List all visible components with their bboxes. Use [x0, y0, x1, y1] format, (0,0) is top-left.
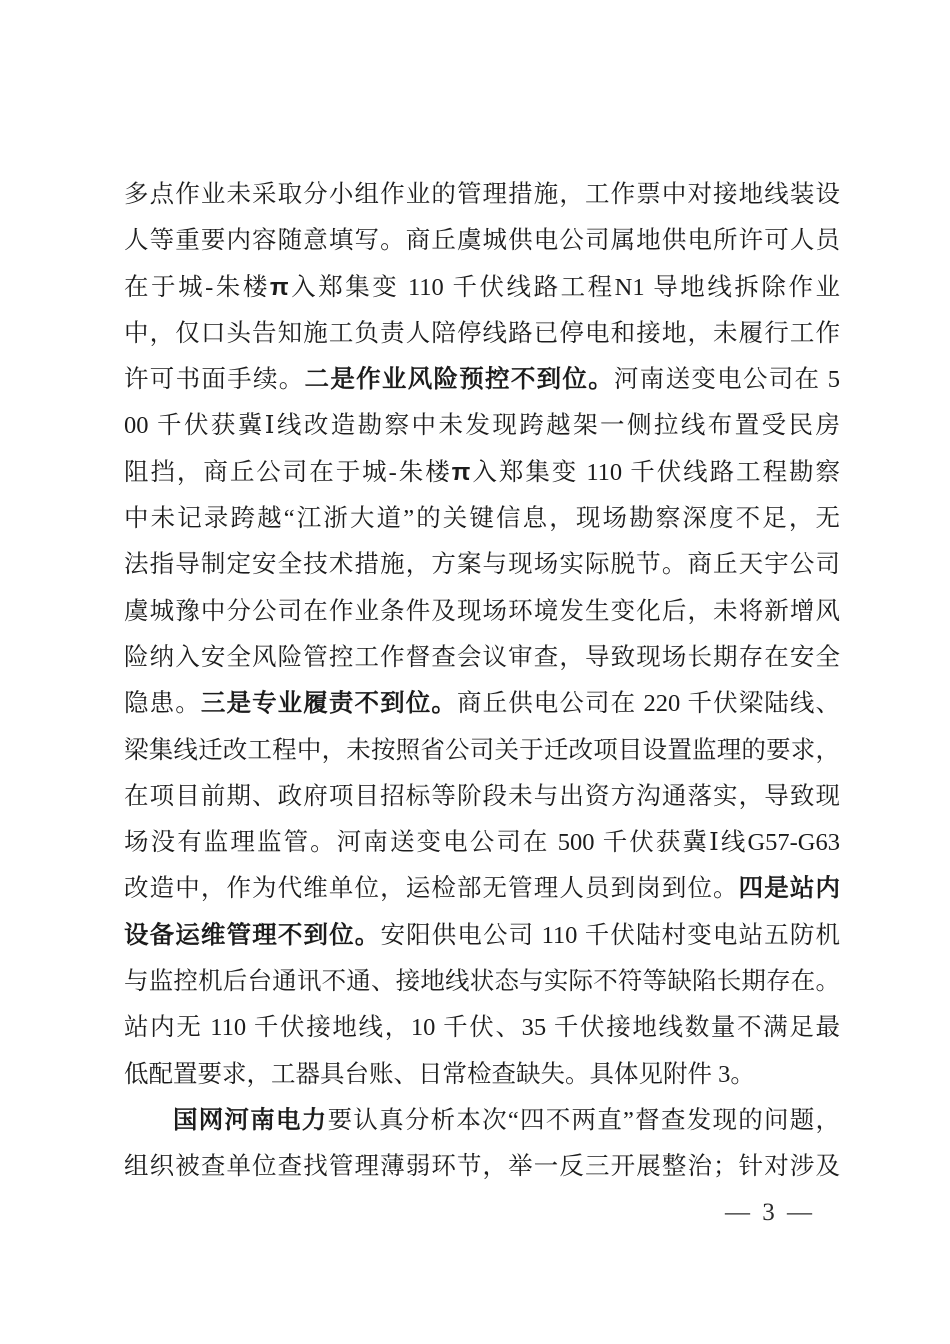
text-line: 中未记录跨越“江浙大道”的关键信息，现场勘察深度不足，无: [124, 496, 840, 542]
text-line: 虞城豫中分公司在作业条件及现场环境发生变化后，未将新增风: [124, 589, 840, 635]
emphasis-text: 三是专业履责不到位。: [201, 690, 457, 717]
body-text: 入郑集变 110 千伏线路工程N1 导地线拆除作业: [289, 274, 840, 301]
body-text: 组织被查单位查找管理薄弱环节，举一反三开展整治；针对涉及: [124, 1153, 840, 1180]
body-text: 场没有监理监管。河南送变电公司在 500 千伏获冀Ⅰ线G57-G63: [124, 829, 840, 856]
body-text: 阻挡，商丘公司在于城-朱楼: [124, 459, 452, 486]
text-line: 多点作业未采取分小组作业的管理措施，工作票中对接地线装设: [124, 172, 840, 218]
text-line: 险纳入安全风险管控工作督查会议审查，导致现场长期存在安全: [124, 635, 840, 681]
text-line: 在项目前期、政府项目招标等阶段未与出资方沟通落实，导致现: [124, 774, 840, 820]
body-text: 险纳入安全风险管控工作督查会议审查，导致现场长期存在安全: [124, 644, 840, 671]
text-line: 组织被查单位查找管理薄弱环节，举一反三开展整治；针对涉及: [124, 1144, 840, 1190]
emphasis-text: 设备运维管理不到位。: [124, 922, 380, 949]
body-text: 商丘供电公司在 220 千伏梁陆线、: [457, 690, 840, 717]
text-line: 阻挡，商丘公司在于城-朱楼π入郑集变 110 千伏线路工程勘察: [124, 450, 840, 496]
text-line: 梁集线迁改工程中，未按照省公司关于迁改项目设置监理的要求，: [124, 728, 840, 774]
text-line: 中，仅口头告知施工负责人陪停线路已停电和接地，未履行工作: [124, 311, 840, 357]
body-text: 中，仅口头告知施工负责人陪停线路已停电和接地，未履行工作: [124, 320, 840, 347]
document-page: 多点作业未采取分小组作业的管理措施，工作票中对接地线装设人等重要内容随意填写。商…: [0, 0, 950, 1344]
body-text: 入郑集变 110 千伏线路工程勘察: [470, 459, 840, 486]
text-line: 与监控机后台通讯不通、接地线状态与实际不符等缺陷长期存在。: [124, 959, 840, 1005]
body-text: 低配置要求，工器具台账、日常检查缺失。具体见附件 3。: [124, 1061, 755, 1088]
body-text: 人等重要内容随意填写。商丘虞城供电公司属地供电所许可人员: [124, 227, 840, 254]
body-text: 多点作业未采取分小组作业的管理措施，工作票中对接地线装设: [124, 181, 840, 208]
text-line: 00 千伏获冀Ⅰ线改造勘察中未发现跨越架一侧拉线布置受民房: [124, 403, 840, 449]
emphasis-text: π: [270, 274, 289, 301]
body-text: 许可书面手续。: [124, 366, 305, 393]
emphasis-text: 四是站内: [739, 875, 840, 902]
body-text: 法指导制定安全技术措施，方案与现场实际脱节。商丘天宇公司: [124, 551, 840, 578]
body-text: 中未记录跨越“江浙大道”的关键信息，现场勘察深度不足，无: [124, 505, 840, 532]
page-number: — 3 —: [690, 1197, 850, 1229]
body-text: 改造中，作为代维单位，运检部无管理人员到岗到位。: [124, 875, 739, 902]
body-text: 00 千伏获冀Ⅰ线改造勘察中未发现跨越架一侧拉线布置受民房: [124, 412, 840, 439]
text-line: 国网河南电力要认真分析本次“四不两直”督查发现的问题，: [124, 1098, 840, 1144]
body-text: 河南送变电公司在 5: [614, 366, 840, 393]
text-line: 在于城-朱楼π入郑集变 110 千伏线路工程N1 导地线拆除作业: [124, 265, 840, 311]
text-line: 改造中，作为代维单位，运检部无管理人员到岗到位。四是站内: [124, 866, 840, 912]
emphasis-text: 二是作业风险预控不到位。: [305, 366, 614, 393]
text-line: 人等重要内容随意填写。商丘虞城供电公司属地供电所许可人员: [124, 218, 840, 264]
document-body: 多点作业未采取分小组作业的管理措施，工作票中对接地线装设人等重要内容随意填写。商…: [124, 172, 840, 1191]
text-line: 隐患。三是专业履责不到位。商丘供电公司在 220 千伏梁陆线、: [124, 681, 840, 727]
emphasis-text: π: [452, 459, 471, 486]
text-line: 场没有监理监管。河南送变电公司在 500 千伏获冀Ⅰ线G57-G63: [124, 820, 840, 866]
text-line: 低配置要求，工器具台账、日常检查缺失。具体见附件 3。: [124, 1052, 840, 1098]
text-line: 设备运维管理不到位。安阳供电公司 110 千伏陆村变电站五防机: [124, 913, 840, 959]
body-text: 在于城-朱楼: [124, 274, 270, 301]
body-text: 安阳供电公司 110 千伏陆村变电站五防机: [380, 922, 840, 949]
body-text: 要认真分析本次“四不两直”督查发现的问题，: [328, 1107, 840, 1134]
emphasis-text: 国网河南电力: [173, 1107, 328, 1134]
text-line: 许可书面手续。二是作业风险预控不到位。河南送变电公司在 5: [124, 357, 840, 403]
body-text: 虞城豫中分公司在作业条件及现场环境发生变化后，未将新增风: [124, 598, 840, 625]
text-line: 法指导制定安全技术措施，方案与现场实际脱节。商丘天宇公司: [124, 542, 840, 588]
body-text: 在项目前期、政府项目招标等阶段未与出资方沟通落实，导致现: [124, 783, 840, 810]
body-text: 与监控机后台通讯不通、接地线状态与实际不符等缺陷长期存在。: [124, 968, 840, 995]
body-text: 隐患。: [124, 690, 201, 717]
body-text: 梁集线迁改工程中，未按照省公司关于迁改项目设置监理的要求，: [124, 737, 840, 764]
body-text: 站内无 110 千伏接地线，10 千伏、35 千伏接地线数量不满足最: [124, 1014, 840, 1041]
text-line: 站内无 110 千伏接地线，10 千伏、35 千伏接地线数量不满足最: [124, 1005, 840, 1051]
